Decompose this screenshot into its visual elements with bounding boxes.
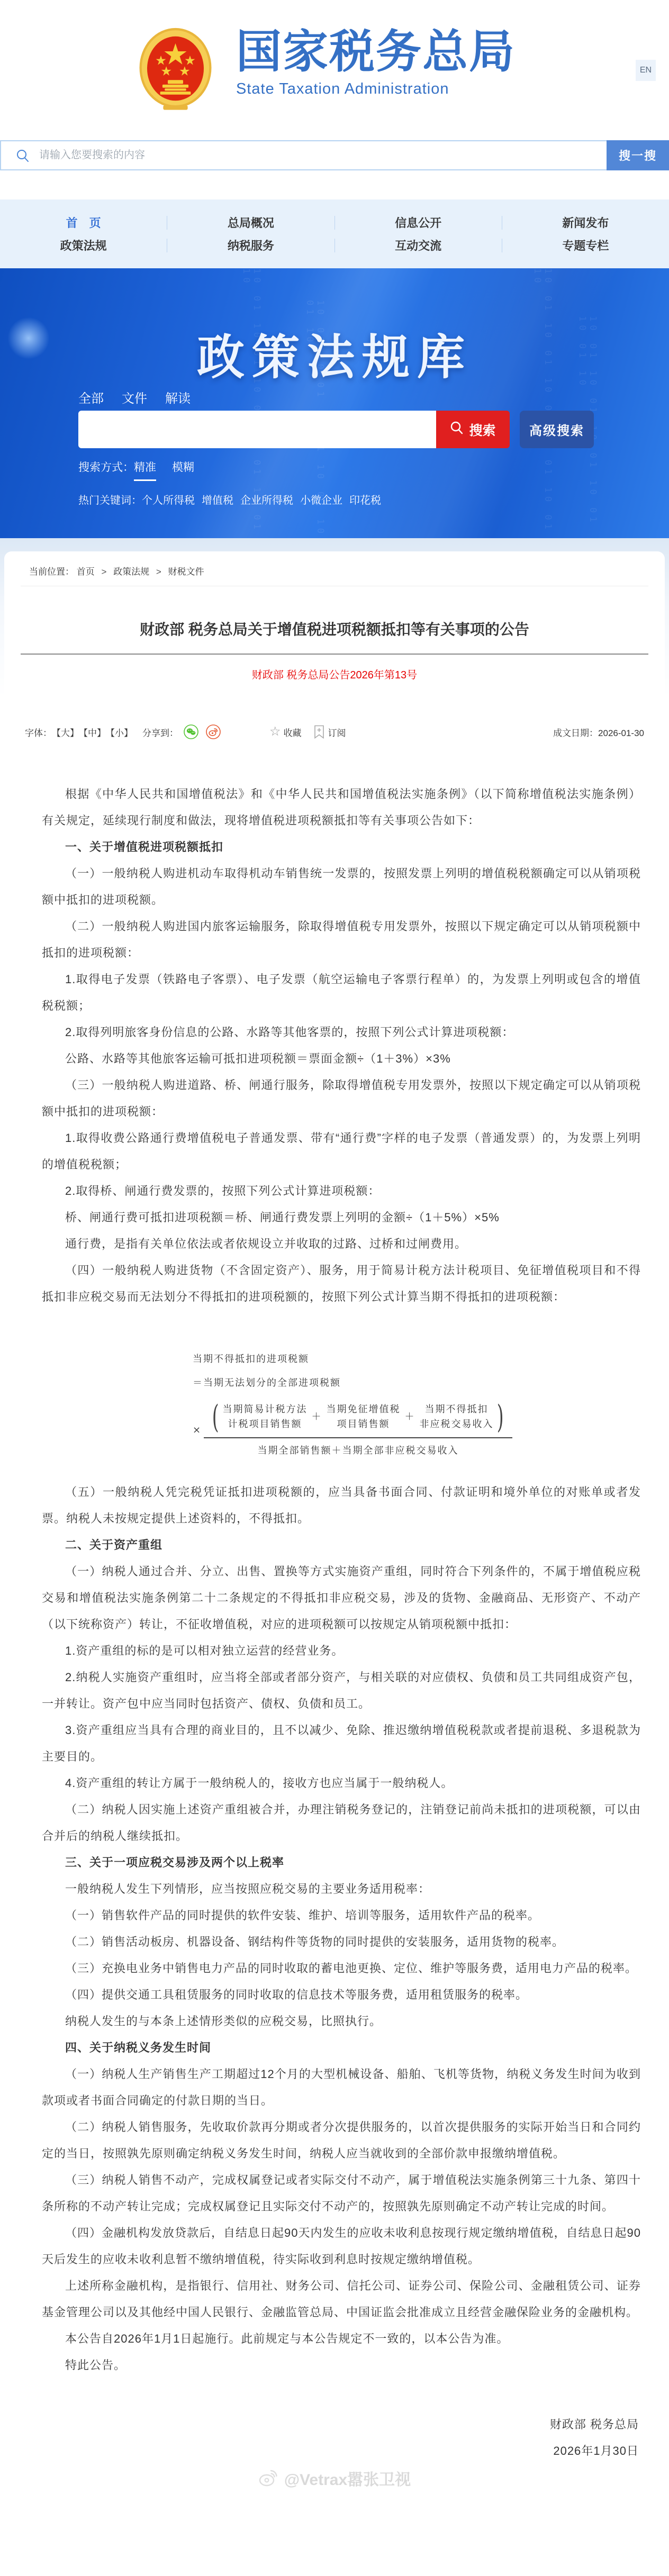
paragraph: （三）充换电业务中销售电力产品的同时收取的蓄电池更换、定位、维护等服务费，适用电… — [42, 1955, 641, 1982]
formula-line-1: 当期不得抵扣的进项税额 — [193, 1347, 641, 1371]
hot-keywords-row: 热门关键词： 个人所得税 增值税 企业所得税 小微企业 印花税 — [78, 492, 388, 507]
paragraph: 4.资产重组的转让方属于一般纳税人的，接收方也应当属于一般纳税人。 — [42, 1770, 641, 1797]
weibo-share-icon[interactable] — [206, 724, 221, 739]
section-heading: 二、关于资产重组 — [42, 1532, 641, 1558]
paragraph: 特此公告。 — [42, 2352, 641, 2379]
search-icon — [16, 149, 30, 162]
star-icon: ☆ — [269, 725, 281, 738]
paragraph: 上述所称金融机构，是指银行、信用社、财务公司、信托公司、证券公司、保险公司、金融… — [42, 2273, 641, 2326]
font-size-medium-button[interactable]: 【中】 — [79, 725, 106, 739]
document-panel: 当前位置： 首页 > 政策法规 > 财税文件 财政部 税务总局关于增值税进项税额… — [4, 551, 665, 2508]
bookmark-plus-icon — [313, 725, 325, 739]
formula-fraction: × ( 当期简易计税方法计税项目销售额 ＋ 当期免征增值税项目销售额 ＋ 当期不… — [193, 1402, 641, 1458]
policy-search-button-label: 搜索 — [469, 420, 495, 439]
paragraph: 一般纳税人发生下列情形，应当按照应税交易的主要业务适用税率： — [42, 1876, 641, 1902]
paragraph: （一）纳税人生产销售生产工期超过12个月的大型机械设备、船舶、飞机等货物，纳税义… — [42, 2061, 641, 2114]
paragraph: （三）一般纳税人购进道路、桥、闸通行服务，除取得增值税专用发票外，按照以下规定确… — [42, 1072, 641, 1125]
nav-row-2: 政策法规 纳税服务 互动交流 专题专栏 — [0, 237, 669, 253]
site-search-bar: 搜一搜 — [0, 140, 669, 170]
signing-date: 2026年1月30日 — [21, 2438, 639, 2464]
search-mode-row: 搜索方式： 精准 模糊 — [78, 459, 210, 481]
paragraph: 1.取得收费公路通行费增值税电子普通发票、带有“通行费”字样的电子发票（普通发票… — [42, 1125, 641, 1178]
paragraph: 本公告自2026年1月1日起施行。此前规定与本公告规定不一致的，以本公告为准。 — [42, 2326, 641, 2352]
nav-item-news[interactable]: 新闻发布 — [502, 214, 669, 231]
breadcrumb-separator: > — [101, 567, 106, 577]
mode-fuzzy[interactable]: 模糊 — [172, 459, 194, 479]
divider — [21, 586, 648, 586]
policy-search-button[interactable]: 搜索 — [436, 411, 510, 448]
hot-keyword[interactable]: 小微企业 — [300, 492, 342, 507]
paragraph: （二）一般纳税人购进国内旅客运输服务，除取得增值税专用发票外，按照以下规定确定可… — [42, 913, 641, 966]
nav-item-interaction[interactable]: 互动交流 — [335, 237, 502, 253]
mode-exact[interactable]: 精准 — [134, 459, 156, 481]
main-nav: 首 页 总局概况 信息公开 新闻发布 政策法规 纳税服务 互动交流 专题专栏 — [0, 199, 669, 268]
site-title-cn: 国家税务总局 — [236, 26, 516, 77]
nav-item-special-topics[interactable]: 专题专栏 — [502, 237, 669, 253]
paragraph: 1.资产重组的标的是可以相对独立运营的经营业务。 — [42, 1638, 641, 1664]
search-mode-label: 搜索方式： — [78, 459, 134, 475]
formula-line-2: ＝当期无法划分的全部进项税额 — [193, 1371, 641, 1395]
paragraph: 3.资产重组应当具有合理的商业目的，且不以减少、免除、推迟缴纳增值税税款或者提前… — [42, 1717, 641, 1770]
font-size-label: 字体： — [25, 725, 52, 739]
site-title-en: State Taxation Administration — [236, 80, 516, 98]
section-heading: 一、关于增值税进项税额抵扣 — [42, 834, 641, 860]
paragraph: 桥、闸通行费可抵扣进项税额＝桥、闸通行费发票上列明的金额÷（1＋5%）×5% — [42, 1204, 641, 1231]
banner-title: 政策法规库 — [0, 268, 669, 387]
formula-denominator: 当期全部销售额＋当期全部非应税交易收入 — [258, 1438, 459, 1458]
weibo-watermark-icon — [258, 2469, 279, 2487]
paragraph: （二）销售活动板房、机器设备、钢结构件等货物的同时提供的安装服务，适用货物的税率… — [42, 1929, 641, 1955]
share-icons — [184, 724, 221, 739]
paragraph: （一）一般纳税人购进机动车取得机动车销售统一发票的，按照发票上列明的增值税税额确… — [42, 860, 641, 913]
subscribe-button[interactable]: 订阅 — [313, 725, 346, 739]
paragraph: （四）提供交通工具租赁服务的同时收取的信息技术等服务费，适用租赁服务的税率。 — [42, 1982, 641, 2008]
paragraph: （一）销售软件产品的同时提供的软件安装、维护、培训等服务，适用软件产品的税率。 — [42, 1902, 641, 1929]
paragraph: （一）纳税人通过合并、分立、出售、置换等方式实施资产重组，同时符合下列条件的，不… — [42, 1558, 641, 1638]
paragraph: 根据《中华人民共和国增值税法》和《中华人民共和国增值税法实施条例》（以下简称增值… — [42, 781, 641, 834]
paragraph: 2.取得桥、闸通行费发票的，按照下列公式计算进项税额： — [42, 1178, 641, 1204]
paragraph: 通行费，是指有关单位依法或者依规设立并收取的过路、过桥和过闸费用。 — [42, 1231, 641, 1257]
wechat-share-icon[interactable] — [184, 724, 198, 739]
subscribe-label: 订阅 — [328, 725, 346, 739]
paragraph: （四）金融机构发放贷款后，自结息日起90天内发生的应收未收利息按现行规定缴纳增值… — [42, 2220, 641, 2273]
paragraph: （四）一般纳税人购进货物（不含固定资产）、服务，用于简易计税方法计税项目、免征增… — [42, 1257, 641, 1310]
paragraph: （三）纳税人销售不动产，完成权属登记或者实际交付不动产，属于增值税法实施条例第三… — [42, 2167, 641, 2220]
font-size-large-button[interactable]: 【大】 — [52, 725, 79, 739]
section-heading: 四、关于纳税义务发生时间 — [42, 2035, 641, 2061]
breadcrumb-home[interactable]: 首页 — [77, 567, 95, 577]
article-body: 根据《中华人民共和国增值税法》和《中华人民共和国增值税法实施条例》（以下简称增值… — [21, 781, 648, 2379]
nav-item-policies[interactable]: 政策法规 — [0, 237, 167, 253]
paragraph: 公路、水路等其他旅客运输可抵扣进项税额＝票面金额÷（1＋3%）×3% — [42, 1046, 641, 1072]
policy-library-banner: 10 01 10 01 10 01 10 01 10 01 10 10 01 1… — [0, 268, 669, 538]
hot-keyword[interactable]: 企业所得税 — [240, 492, 293, 507]
document-toolbar: 字体： 【大】 【中】 【小】 分享到： — [21, 724, 648, 740]
font-size-small-button[interactable]: 【小】 — [106, 725, 133, 739]
logo-text: 国家税务总局 State Taxation Administration — [236, 26, 516, 98]
section-heading: 三、关于一项应税交易涉及两个以上税率 — [42, 1849, 641, 1876]
site-search-button[interactable]: 搜一搜 — [607, 140, 669, 170]
nav-item-info-disclosure[interactable]: 信息公开 — [335, 214, 502, 231]
policy-search-bar: 搜索 高级搜索 — [78, 411, 594, 448]
nav-row-1: 首 页 总局概况 信息公开 新闻发布 — [0, 214, 669, 231]
hot-keyword[interactable]: 增值税 — [202, 492, 233, 507]
share-label: 分享到： — [142, 725, 178, 739]
paragraph: 1.取得电子发票（铁路电子客票）、电子发票（航空运输电子客票行程单）的，为发票上… — [42, 966, 641, 1019]
content-area: 当前位置： 首页 > 政策法规 > 财税文件 财政部 税务总局关于增值税进项税额… — [0, 538, 669, 2508]
site-header: 国家税务总局 State Taxation Administration EN — [0, 0, 669, 127]
signing-agency: 财政部 税务总局 — [21, 2411, 639, 2438]
breadcrumb: 当前位置： 首页 > 政策法规 > 财税文件 — [21, 564, 648, 577]
favorite-label: 收藏 — [284, 725, 302, 739]
breadcrumb-current: 财税文件 — [168, 567, 204, 577]
paragraph: （二）纳税人销售服务，先收取价款再分期或者分次提供服务的，以首次提供服务的实际开… — [42, 2114, 641, 2167]
national-emblem-icon — [137, 26, 214, 115]
nav-item-tax-services[interactable]: 纳税服务 — [167, 237, 334, 253]
paragraph: 纳税人发生的与本条上述情形类似的应税交易，比照执行。 — [42, 2008, 641, 2035]
paragraph: 2.纳税人实施资产重组时，应当将全部或者部分资产，与相关联的对应债权、负债和员工… — [42, 1664, 641, 1717]
paragraph: （二）纳税人因实施上述资产重组被合并，办理注销税务登记的，注销登记前尚未抵扣的进… — [42, 1797, 641, 1849]
policy-search-input[interactable] — [78, 411, 436, 448]
paragraph: 2.取得列明旅客身份信息的公路、水路等其他客票的，按照下列公式计算进项税额： — [42, 1019, 641, 1046]
favorite-button[interactable]: ☆ 收藏 — [269, 725, 302, 739]
nav-item-home[interactable]: 首 页 — [0, 214, 167, 231]
paragraph: （五）一般纳税人凭完税凭证抵扣进项税额的，应当具备书面合同、付款证明和境外单位的… — [42, 1479, 641, 1532]
breadcrumb-policies[interactable]: 政策法规 — [113, 567, 149, 577]
page: 国家税务总局 State Taxation Administration EN … — [0, 0, 669, 2508]
nav-item-overview[interactable]: 总局概况 — [167, 214, 334, 231]
breadcrumb-label: 当前位置： — [29, 567, 74, 577]
hot-keyword[interactable]: 印花税 — [349, 492, 381, 507]
title-divider — [21, 654, 648, 655]
advanced-search-button[interactable]: 高级搜索 — [520, 411, 594, 448]
search-icon — [450, 421, 464, 438]
site-logo[interactable]: 国家税务总局 State Taxation Administration — [137, 26, 516, 115]
watermark: @Vetrax嚣张卫视 — [21, 2466, 648, 2498]
issue-date: 成文日期：2026-01-30 — [553, 725, 644, 739]
formula-image: 当期不得抵扣的进项税额 ＝当期无法划分的全部进项税额 × ( 当期简易计税方法计… — [193, 1347, 641, 1458]
document-number: 财政部 税务总局公告2026年第13号 — [21, 666, 648, 682]
document-title: 财政部 税务总局关于增值税进项税额抵扣等有关事项的公告 — [21, 619, 648, 640]
hot-keywords-label: 热门关键词： — [78, 492, 142, 507]
breadcrumb-separator: > — [156, 567, 161, 577]
site-search-input[interactable] — [39, 141, 607, 169]
language-toggle-button[interactable]: EN — [636, 60, 656, 81]
hot-keyword[interactable]: 个人所得税 — [142, 492, 195, 507]
signature-block: 财政部 税务总局 2026年1月30日 — [21, 2411, 648, 2464]
